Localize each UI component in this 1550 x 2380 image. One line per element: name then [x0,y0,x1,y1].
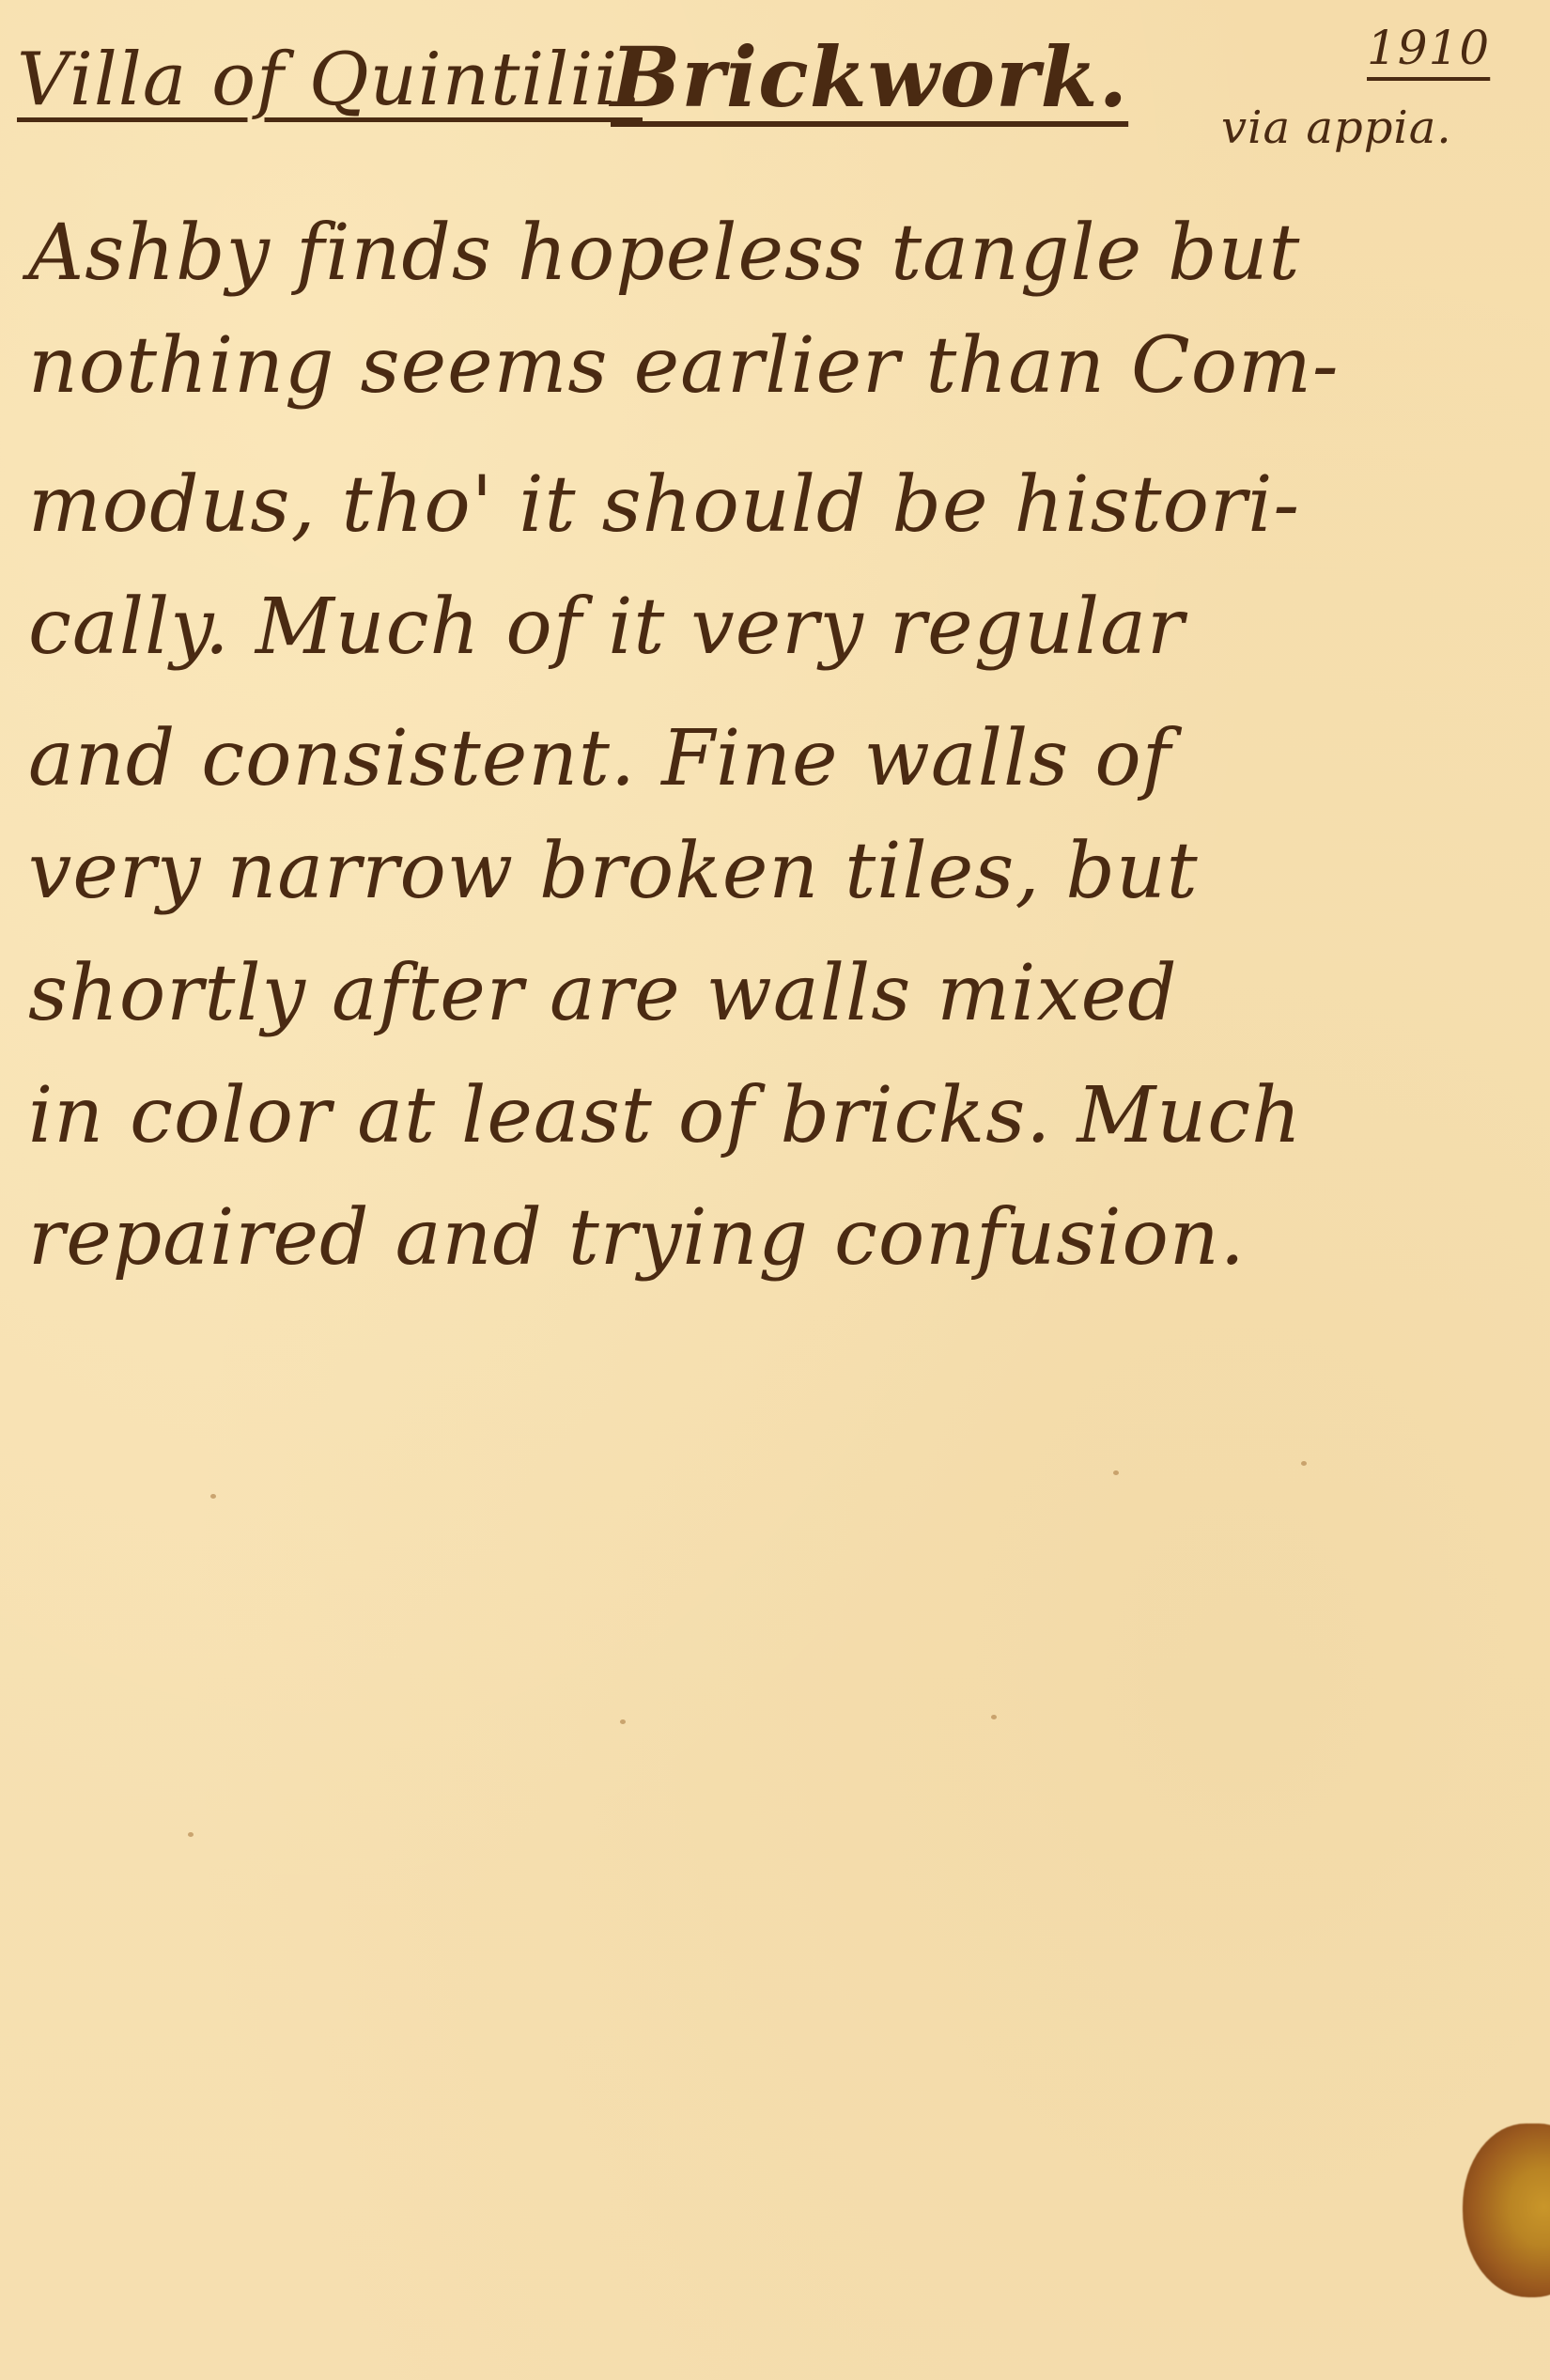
note-line: modus, tho' it should be histori- [28,460,1300,550]
note-line: and consistent. Fine walls of [28,714,1171,803]
note-line: cally. Much of it very regular [28,583,1185,672]
note-year: 1910 [1367,21,1490,75]
note-line: nothing seems earlier than Com- [28,321,1340,411]
note-location: via appia. [1221,101,1452,154]
note-line: repaired and trying confusion. [28,1193,1246,1283]
paper-speck [620,1719,626,1724]
note-title-place: Villa of Quintilii. [17,38,643,122]
note-title-subject: Brickwork. [611,28,1128,126]
note-line: in color at least of bricks. Much [28,1071,1302,1160]
paper-speck [991,1715,997,1719]
archival-note-card: Villa of Quintilii. Brickwork. 1910 via … [0,0,1550,2380]
paper-speck [210,1494,216,1499]
note-line: shortly after are walls mixed [28,949,1178,1038]
paper-speck [1301,1461,1307,1466]
note-line: very narrow broken tiles, but [28,827,1199,916]
paper-speck [1113,1470,1119,1475]
water-stain [1463,2123,1550,2297]
paper-speck [188,1832,194,1837]
note-line: Ashby finds hopeless tangle but [28,209,1300,298]
